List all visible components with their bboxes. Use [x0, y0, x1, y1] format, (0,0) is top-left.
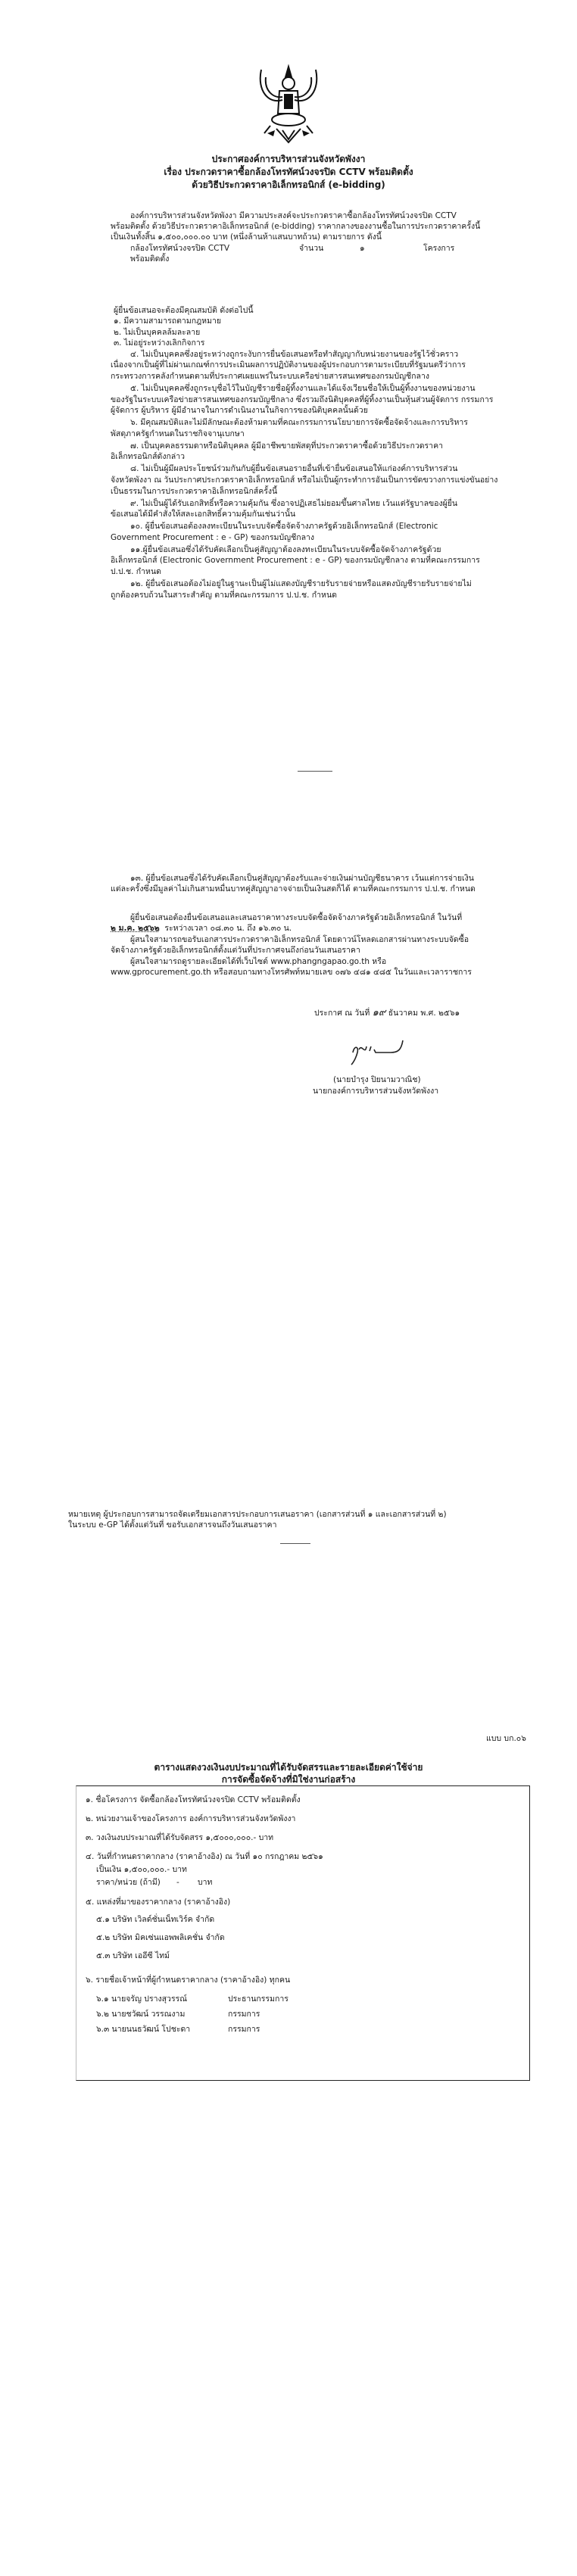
officer-role: กรรมการ [228, 2010, 260, 2019]
sources-heading: ๕. แหล่งที่มาของราคากลาง (ราคาอ้างอิง) [86, 1898, 230, 1907]
qualification-item: ๒. ไม่เป็นบุคคลล้มละลาย [114, 328, 200, 338]
officer-name: ๖.๑ นายจรัญ ปรางสุวรรณ์ [96, 1994, 187, 2004]
announce-day: ๑๙ [373, 1007, 386, 1018]
announce-date-prefix: ประกาศ ณ วันที่ [314, 1009, 370, 1018]
officer-name: ๖.๓ นายนนธวัฒน์ โปชะดา [96, 2025, 190, 2035]
qualification-item: ๖. มีคุณสมบัติและไม่มีลักษณะต้องห้ามตามท… [130, 418, 468, 428]
qualifications-heading: ผู้ยื่นข้อเสนอจะต้องมีคุณสมบัติ ดังต่อไป… [114, 306, 254, 316]
intro-line: เป็นเงินทั้งสิ้น ๑,๕๐๐,๐๐๐.๐๐ บาท (หนึ่ง… [111, 232, 382, 242]
announce-date: ประกาศ ณ วันที่ ๑๙ ธันวาคม พ.ศ. ๒๕๖๑ [314, 1008, 460, 1018]
submission-date: ๒ ม.ค. ๒๕๖๒ [111, 924, 160, 933]
qualification-item: ๑. มีความสามารถตามกฎหมาย [114, 317, 221, 326]
qualification-item: ๑๒. ผู้ยื่นข้อเสนอต้องไม่อยู่ในฐานะเป็นผ… [130, 579, 472, 589]
announce-date-suffix: ธันวาคม พ.ศ. ๒๕๖๑ [388, 1009, 460, 1018]
org-title: ประกาศองค์การบริหารส่วนจังหวัดพังงา [0, 154, 577, 164]
unit-price-currency: บาท [198, 1878, 212, 1888]
qualification-item: ๙. ไม่เป็นผู้ได้รับเอกสิทธิ์หรือความคุ้ม… [130, 499, 457, 509]
remark-cont: ในระบบ e-GP ได้ตั้งแต่วันที่ ขอรับเอกสาร… [68, 1520, 276, 1530]
unit-price-value: - [176, 1878, 179, 1888]
form-code: แบบ บก.๐๖ [486, 1734, 526, 1744]
project-owner-row: ๒. หน่วยงานเจ้าของโครงการ องค์การบริหารส… [86, 1814, 295, 1824]
qualification-item-cont: อิเล็กทรอนิกส์ดังกล่าว [111, 452, 185, 462]
qualification-item-cont: ป.ป.ช. กำหนด [111, 567, 161, 577]
item-name: กล้องโทรทัศน์วงจรปิด CCTV [130, 244, 229, 254]
officer-role: กรรมการ [228, 2025, 260, 2035]
qualification-item-cont: เป็นธรรมในการประกวดราคาอิเล็กทรอนิกส์ครั… [111, 487, 277, 497]
qualification-13-cont: แต่ละครั้งซึ่งมีมูลค่าไม่เกินสามหมื่นบาท… [111, 884, 476, 894]
signer-name: (นายบำรุง ปิยนามวาณิช) [333, 1075, 421, 1085]
budget-table-box: ๑. ชื่อโครงการ จัดซื้อกล้องโทรทัศน์วงจรป… [76, 1785, 530, 2081]
qualification-item: ๑๑.ผู้ยื่นข้อเสนอซึ่งได้รับคัดเลือกเป็นค… [130, 545, 441, 555]
amount-row: เป็นเงิน ๑,๕๐๐,๐๐๐.- บาท [96, 1865, 187, 1875]
qualification-item-cont: ถูกต้องครบถ้วนในสาระสำคัญ ตามที่คณะกรรมก… [111, 591, 337, 600]
officer-name: ๖.๒ นายชวัฒน์ วรรณงาม [96, 2010, 185, 2019]
qualification-item-cont: Government Procurement : e - GP) ของกรมบ… [111, 533, 314, 543]
qualification-item-cont: ข้อเสนอได้มีคำสั่งให้สละเอกสิทธิ์ความคุ้… [111, 510, 295, 519]
qualification-item: ๘. ไม่เป็นผู้มีผลประโยชน์ร่วมกันกับผู้ยื… [130, 464, 457, 474]
qualification-item-cont: กระทรวงการคลังกำหนดตามที่ประกาศเผยแพร่ใน… [111, 372, 429, 382]
submission-time: ระหว่างเวลา ๐๘.๓๐ น. ถึง ๑๖.๓๐ น. [164, 924, 292, 933]
remark: หมายเหตุ ผู้ประกอบการสามารถจัดเตรียมเอกส… [68, 1510, 447, 1520]
qualification-item-cont: จังหวัดพังงา ณ วันประกาศประกวดราคาอิเล็ก… [111, 476, 497, 485]
divider [298, 771, 332, 772]
qualification-item-cont: อิเล็กทรอนิกส์ (Electronic Government Pr… [111, 556, 480, 566]
budget-table-page: แบบ บก.๐๖ ตารางแสดงวงเงินงบประมาณที่ได้ร… [0, 1628, 577, 2576]
qualification-item: ๓. ไม่อยู่ระหว่างเลิกกิจการ [114, 338, 204, 348]
qualification-item-cont: ของรัฐในระบบเครือข่ายสารสนเทศของกรมบัญชี… [111, 395, 493, 405]
garuda-emblem-icon [254, 61, 323, 144]
budget-table-subtitle: การจัดซื้อจัดจ้างที่มิใช่งานก่อสร้าง [0, 1775, 577, 1785]
intro-line: องค์การบริหารส่วนจังหวัดพังงา มีความประส… [130, 211, 457, 221]
budget-row: ๓. วงเงินงบประมาณที่ได้รับจัดสรร ๑,๕๐๐๐,… [86, 1833, 273, 1843]
qualification-item-cont: พัสดุภาครัฐกำหนดในราชกิจจานุเบกษา [111, 429, 245, 439]
download-info-cont: จัดจ้างภาครัฐด้วยอิเล็กทรอนิกส์ตั้งแต่วั… [111, 946, 360, 956]
qualification-item: ๗. เป็นบุคคลธรรมดาหรือนิติบุคคล ผู้มีอาช… [130, 441, 443, 451]
source-item: ๕.๑ บริษัท เวิลด์ชั่นเน็ทเวิร์ค จำกัด [96, 1915, 214, 1925]
item-qty-label: จำนวน [299, 244, 323, 254]
announcement-method: ด้วยวิธีประกวดราคาอิเล็กทรอนิกส์ (e-bidd… [0, 180, 577, 190]
qualification-item-cont: ผู้จัดการ ผู้บริหาร ผู้มีอำนาจในการดำเนิ… [111, 406, 368, 416]
contact-info: ผู้สนใจสามารถดูรายละเอียดได้ที่เว็บไซต์ … [130, 957, 386, 967]
intro-line: พร้อมติดตั้ง ด้วยวิธีประกวดราคาอิเล็กทรอ… [111, 222, 480, 232]
announcement-subject: เรื่อง ประกวดราคาซื้อกล้องโทรทัศน์วงจรปิ… [0, 167, 577, 177]
qualification-item: ๕. ไม่เป็นบุคคลซึ่งถูกระบุชื่อไว้ในบัญชี… [130, 384, 476, 394]
item-name-cont: พร้อมติดตั้ง [130, 254, 169, 264]
qualification-13: ๑๓. ผู้ยื่นข้อเสนอซึ่งได้รับคัดเลือกเป็น… [130, 874, 474, 884]
submission-line: ผู้ยื่นข้อเสนอต้องยื่นข้อเสนอและเสนอราคา… [130, 913, 462, 923]
announcement-page-2: ๑๓. ผู้ยื่นข้อเสนอซึ่งได้รับคัดเลือกเป็น… [0, 840, 577, 1598]
project-name-row: ๑. ชื่อโครงการ จัดซื้อกล้องโทรทัศน์วงจรป… [86, 1795, 301, 1805]
submission-date-line: ๒ ม.ค. ๒๕๖๒ ระหว่างเวลา ๐๘.๓๐ น. ถึง ๑๖.… [111, 924, 292, 934]
officer-role: ประธานกรรมการ [228, 1994, 288, 2004]
signer-title: นายกองค์การบริหารส่วนจังหวัดพังงา [313, 1087, 438, 1096]
officers-heading: ๖. รายชื่อเจ้าหน้าที่ผู้กำหนดราคากลาง (ร… [86, 1976, 290, 1985]
divider [280, 1543, 310, 1544]
item-qty: ๑ [360, 244, 365, 254]
qualification-item-cont: เนื่องจากเป็นผู้ที่ไม่ผ่านเกณฑ์การประเมิ… [111, 360, 466, 370]
announcement-page-1: ประกาศองค์การบริหารส่วนจังหวัดพังงา เรื่… [0, 0, 577, 818]
contact-info-cont: www.gprocurement.go.th หรือสอบถามทางโทรศ… [111, 968, 472, 978]
qualification-item: ๔. ไม่เป็นบุคคลซึ่งอยู่ระหว่างถูกระงับกา… [130, 350, 458, 360]
source-item: ๕.๒ บริษัท มิคเซ่นแอพพลิเคชั่น จำกัด [96, 1933, 225, 1943]
item-unit: โครงการ [423, 244, 454, 254]
reference-date-row: ๔. วันที่กำหนดราคากลาง (ราคาอ้างอิง) ณ ว… [86, 1852, 323, 1862]
qualification-item: ๑๐. ผู้ยื่นข้อเสนอต้องลงทะเบียนในระบบจัด… [130, 522, 438, 532]
budget-table-title: ตารางแสดงวงเงินงบประมาณที่ได้รับจัดสรรแล… [0, 1763, 577, 1773]
source-item: ๕.๓ บริษัท เออีซี ไทม์ [96, 1951, 170, 1961]
unit-price-label: ราคา/หน่วย (ถ้ามี) [96, 1878, 161, 1888]
signature-icon [348, 1036, 409, 1066]
download-info: ผู้สนใจสามารถขอรับเอกสารประกวดราคาอิเล็ก… [130, 935, 469, 945]
